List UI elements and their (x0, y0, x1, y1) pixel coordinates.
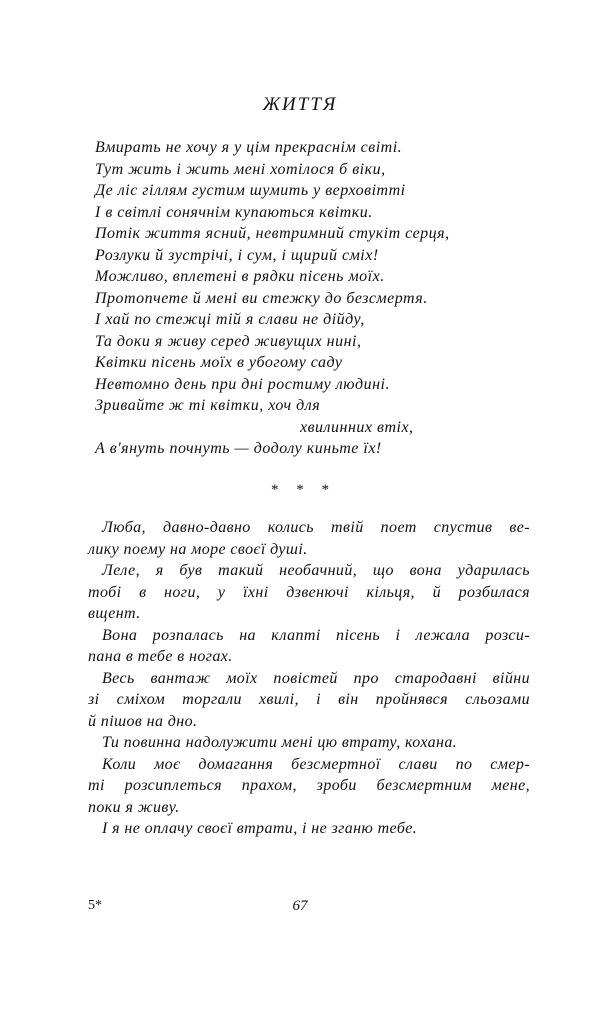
poem-line: Зривайте ж ті квітки, хоч для (95, 395, 525, 417)
prose-line: І я не оплачу своєї втрати, і не зганю т… (88, 818, 530, 840)
section-separator: * * * (0, 482, 600, 499)
poem-line: Можливо, вплетені в рядки пісень моїх. (95, 266, 525, 288)
poem-line: Потік життя ясний, невтримний стукіт сер… (95, 223, 525, 245)
prose-line: Вона розпалась на клапті пісень і лежала… (88, 625, 530, 647)
prose-line: поки я живу. (88, 797, 530, 819)
poem-line: Розлуки й зустрічі, і сум, і щирий сміх! (95, 245, 525, 267)
poem-line: Де ліс гіллям густим шумить у верховітті (95, 180, 525, 202)
prose-line: вщент. (88, 603, 530, 625)
prose-line: Коли моє домагання безсмертної слави по … (88, 754, 530, 776)
prose-line: ті розсиплеться прахом, зроби безсмертни… (88, 775, 530, 797)
prose-line: лику поему на море своєї душі. (88, 539, 530, 561)
poem-line: Вмирать не хочу я у цім прекраснім світі… (95, 137, 525, 159)
prose-line: Весь вантаж моїх повістей про стародавні… (88, 668, 530, 690)
prose-line: зі сміхом торгали хвилі, і він пройнявся… (88, 689, 530, 711)
poem-title: ЖИТТЯ (0, 94, 600, 116)
prose-line: й пішов на дно. (88, 711, 530, 733)
poem-line: І в світлі сонячнім купаються квітки. (95, 202, 525, 224)
prose-line: Леле, я був такий необачний, що вона уда… (88, 560, 530, 582)
poem-line: Протопчете й мені ви стежку до безсмертя… (95, 288, 525, 310)
prose-line: Люба, давно-давно колись твій поет спуст… (88, 517, 530, 539)
book-page: ЖИТТЯ Вмирать не хочу я у цім прекраснім… (0, 0, 600, 1015)
prose-body: Люба, давно-давно колись твій поет спуст… (88, 517, 530, 840)
poem-line: Невтомно день при дні ростиму людині. (95, 374, 525, 396)
poem-line: Та доки я живу серед живущих нині, (95, 331, 525, 353)
prose-line: пана в тебе в ногах. (88, 646, 530, 668)
prose-line: Ти повинна надолужити мені цю втрату, ко… (88, 732, 530, 754)
poem-line: Тут жить і жить мені хотілося б віки, (95, 159, 525, 181)
poem-line: А в'януть почнуть — додолу киньте їх! (95, 438, 525, 460)
poem-line-continuation: хвилинних втіх, (95, 417, 525, 439)
poem-line: І хай по стежці тій я слави не дійду, (95, 309, 525, 331)
prose-line: тобі в ноги, у їхні дзвенючі кільця, й р… (88, 582, 530, 604)
page-number: 67 (0, 898, 600, 915)
poem-line: Квітки пісень моїх в убогому саду (95, 352, 525, 374)
poem-body: Вмирать не хочу я у цім прекраснім світі… (95, 137, 525, 460)
